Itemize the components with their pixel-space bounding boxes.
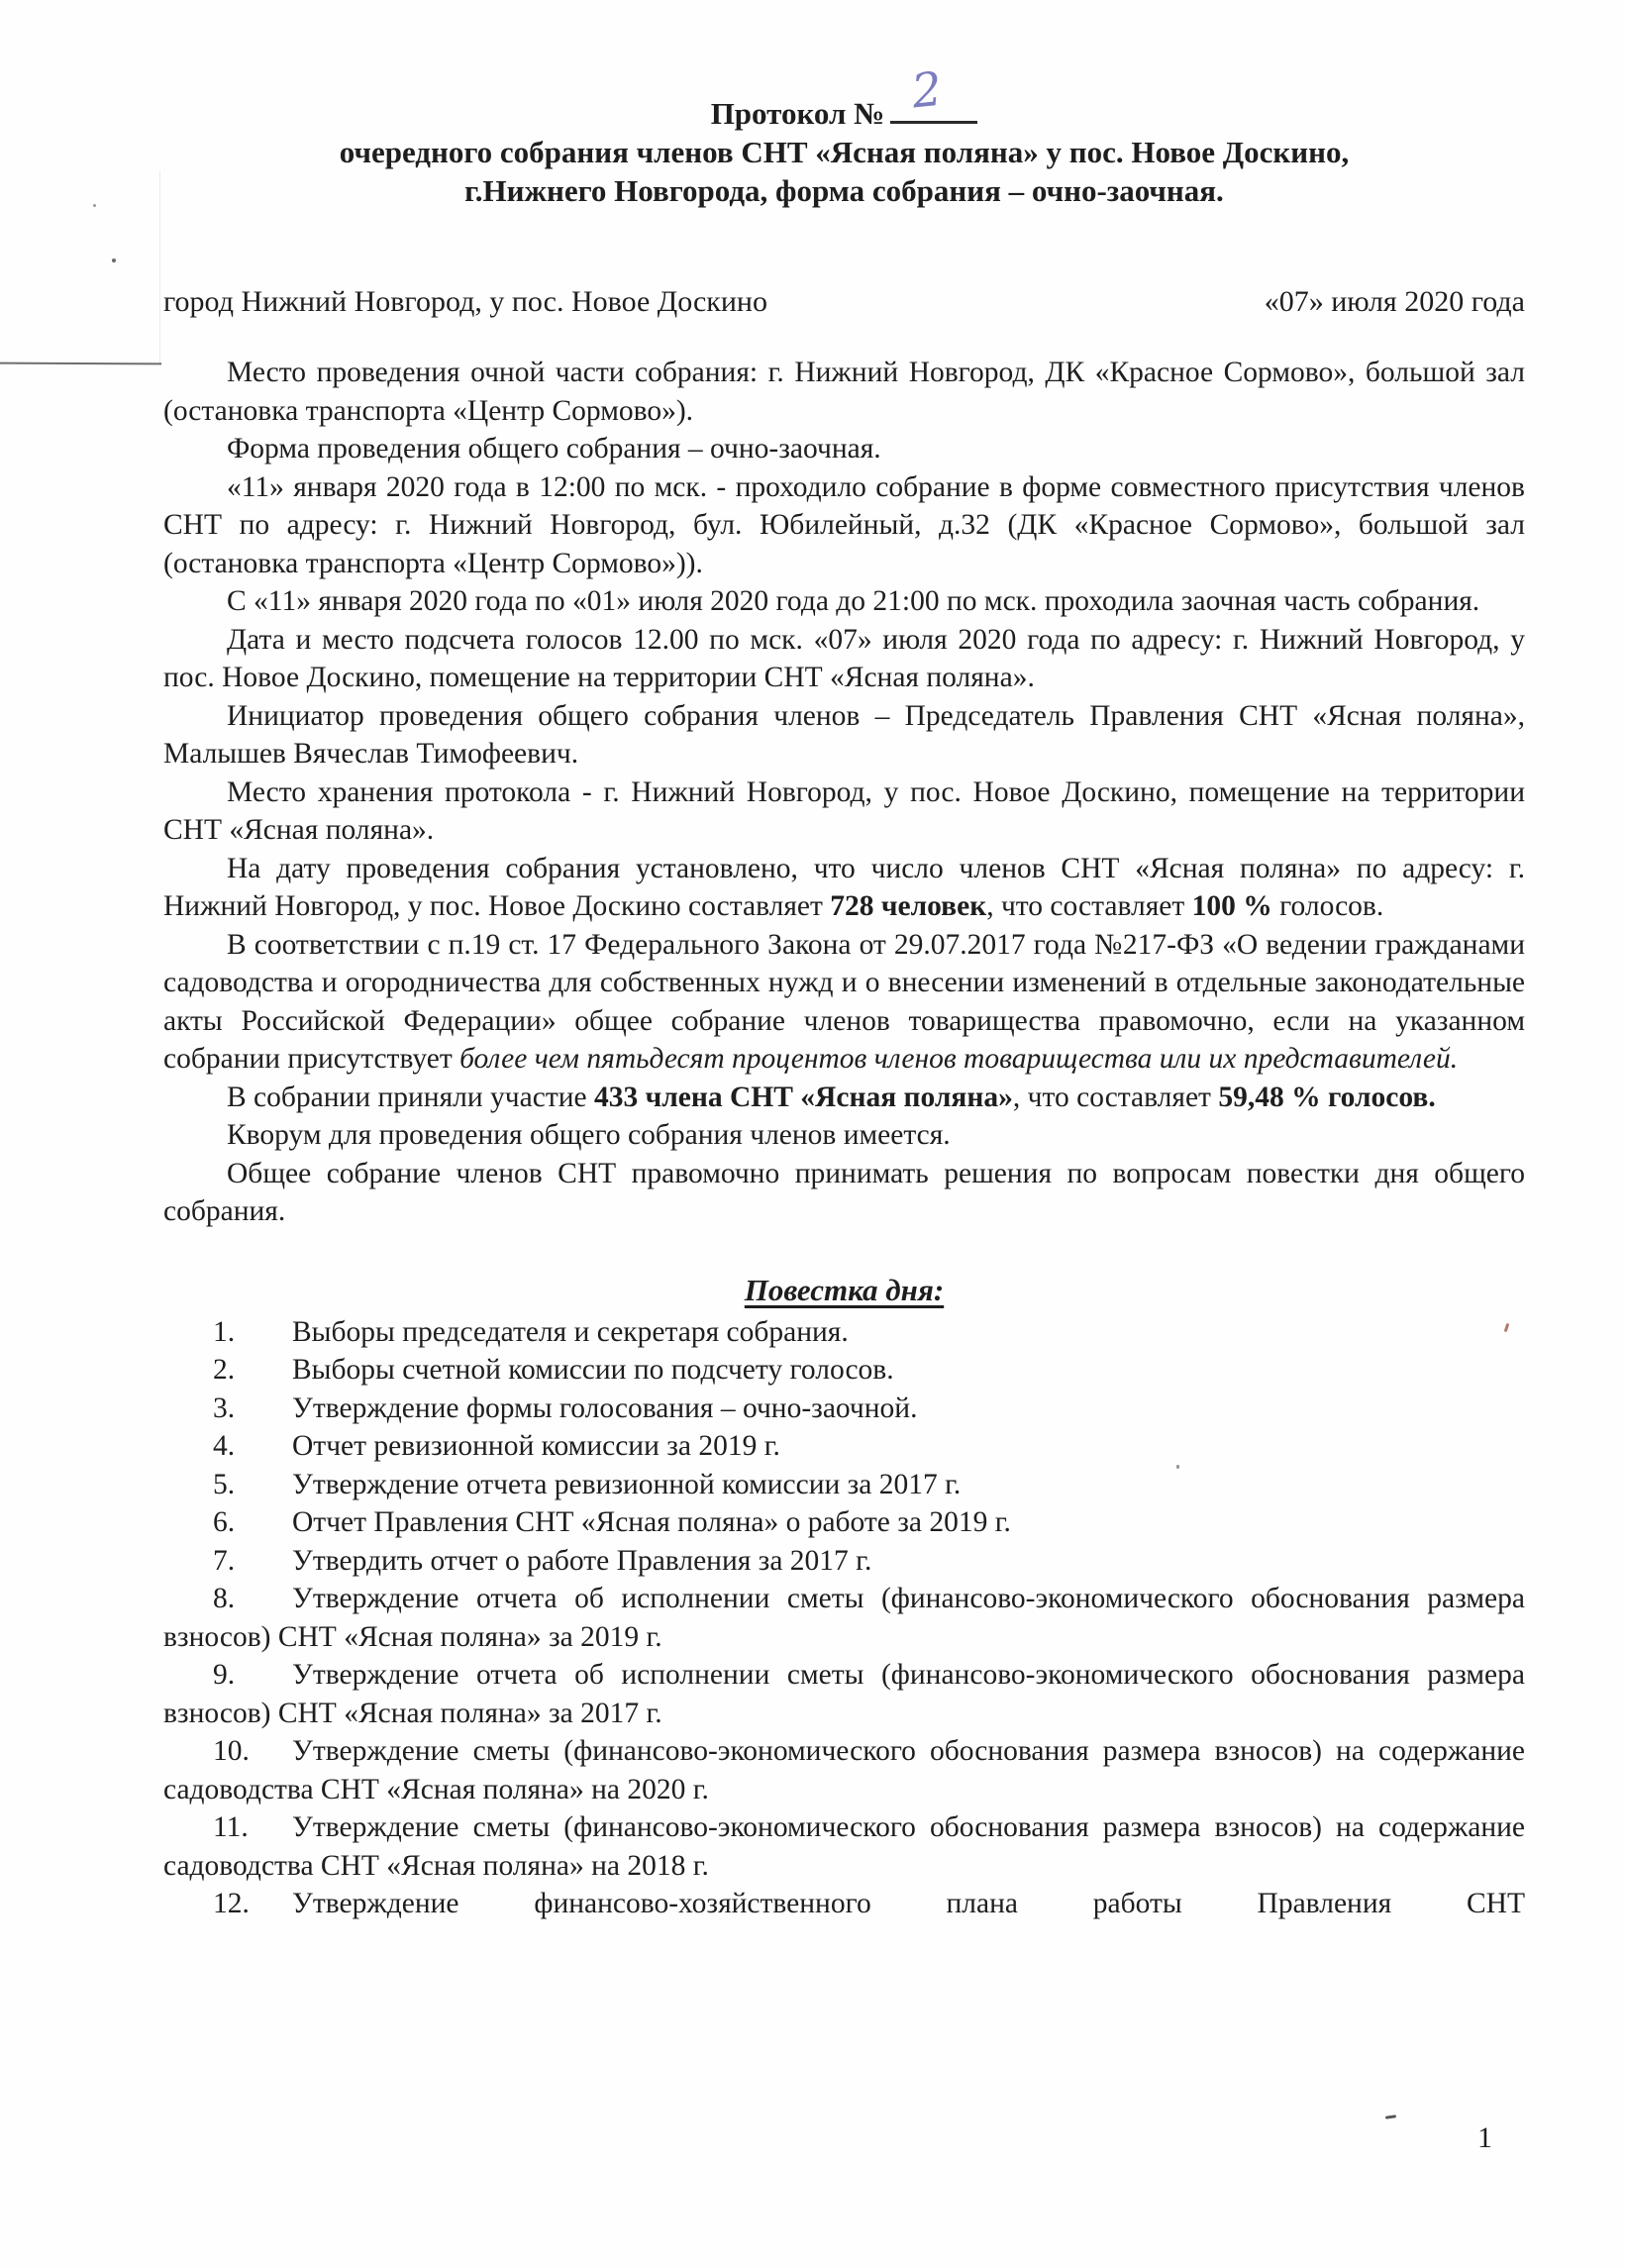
paragraph: Место проведения очной части собрания: г… <box>163 354 1525 430</box>
agenda-item-number: 12. <box>213 1885 292 1923</box>
page-number: 1 <box>1477 2121 1492 2155</box>
paragraph-text-run: голосов. <box>1272 890 1383 922</box>
dateline-date: «07» июля 2020 года <box>1265 283 1525 321</box>
paragraph: Инициатор проведения общего собрания чле… <box>163 697 1525 773</box>
agenda-item-number: 4. <box>213 1427 292 1466</box>
paragraph-text-run: Место хранения протокола - г. Нижний Нов… <box>163 776 1525 847</box>
paragraph: Форма проведения общего собрания – очно-… <box>163 430 1525 468</box>
agenda-heading: Повестка дня: <box>163 1271 1525 1309</box>
paragraph-text-run: Форма проведения общего собрания – очно-… <box>227 433 881 464</box>
paragraph-text-run: 59,48 % голосов. <box>1218 1082 1435 1113</box>
agenda-item-text: Утверждение отчета об исполнении сметы (… <box>163 1659 1525 1729</box>
title-line-2: очередного собрания членов СНТ «Ясная по… <box>163 133 1525 171</box>
agenda-item-number: 7. <box>213 1542 292 1581</box>
paragraph-text-run: более чем пятьдесят процентов членов тов… <box>459 1043 1458 1075</box>
agenda-item-number: 10. <box>213 1732 292 1771</box>
agenda-item-text: Утверждение сметы (финансово-экономическ… <box>163 1811 1525 1882</box>
paragraph-text-run: Кворум для проведения общего собрания чл… <box>227 1119 951 1151</box>
agenda-item: 9.Утверждение отчета об исполнении сметы… <box>163 1656 1525 1732</box>
paragraphs: Место проведения очной части собрания: г… <box>163 354 1525 1231</box>
paragraph-text-run: Место проведения очной части собрания: г… <box>163 357 1525 427</box>
agenda-item-text: Выборы счетной комиссии по подсчету голо… <box>292 1354 894 1386</box>
agenda-item-text: Утверждение сметы (финансово-экономическ… <box>163 1735 1525 1805</box>
agenda-item-number: 1. <box>213 1313 292 1352</box>
paragraph: Место хранения протокола - г. Нижний Нов… <box>163 773 1525 850</box>
paragraph-text-run: 100 % <box>1192 890 1272 922</box>
agenda-item-number: 6. <box>213 1503 292 1542</box>
agenda-item-text: Утверждение отчета об исполнении сметы (… <box>163 1583 1525 1653</box>
document-title: Протокол №2 очередного собрания членов С… <box>163 87 1525 210</box>
paragraph-text-run: С «11» января 2020 года по «01» июля 202… <box>227 585 1479 617</box>
agenda-item: 1.Выборы председателя и секретаря собран… <box>163 1313 1525 1352</box>
paragraph: «11» января 2020 года в 12:00 по мск. - … <box>163 468 1525 583</box>
agenda-item: 7.Утвердить отчет о работе Правления за … <box>163 1542 1525 1581</box>
paragraph: С «11» января 2020 года по «01» июля 202… <box>163 582 1525 621</box>
title-line-1: Протокол №2 <box>163 87 1525 133</box>
scanned-document-page: Протокол №2 очередного собрания членов С… <box>0 0 1625 2268</box>
paragraph-text-run: «11» января 2020 года в 12:00 по мск. - … <box>163 471 1525 579</box>
paragraph: Кворум для проведения общего собрания чл… <box>163 1116 1525 1155</box>
title-line-3: г.Нижнего Новгорода, форма собрания – оч… <box>163 171 1525 210</box>
handwritten-protocol-number: 2 <box>910 70 944 112</box>
agenda-heading-text: Повестка дня: <box>745 1273 944 1307</box>
agenda-item-text: Выборы председателя и секретаря собрания… <box>292 1316 849 1348</box>
agenda-item-text: Утвердить отчет о работе Правления за 20… <box>292 1545 871 1577</box>
agenda-item: 4.Отчет ревизионной комиссии за 2019 г. <box>163 1427 1525 1466</box>
agenda-item-number: 11. <box>213 1808 292 1847</box>
paragraph-text-run: 728 человек <box>830 890 986 922</box>
agenda-item-text: Отчет ревизионной комиссии за 2019 г. <box>292 1430 780 1462</box>
agenda-item: 6.Отчет Правления СНТ «Ясная поляна» о р… <box>163 1503 1525 1542</box>
paragraph: В собрании приняли участие 433 члена СНТ… <box>163 1079 1525 1117</box>
paragraph: Общее собрание членов СНТ правомочно при… <box>163 1155 1525 1231</box>
protocol-number-underline: 2 <box>890 87 977 124</box>
paragraph-text-run: Общее собрание членов СНТ правомочно при… <box>163 1158 1525 1228</box>
title-protocol-prefix: Протокол № <box>711 96 885 131</box>
dateline-place: город Нижний Новгород, у пос. Новое Доск… <box>163 283 767 321</box>
agenda-item-number: 8. <box>213 1580 292 1618</box>
agenda-item-text: Отчет Правления СНТ «Ясная поляна» о раб… <box>292 1506 1011 1538</box>
paragraph: Дата и место подсчета голосов 12.00 по м… <box>163 621 1525 697</box>
agenda-item-number: 2. <box>213 1351 292 1390</box>
agenda-item-text: Утверждение формы голосования – очно-зао… <box>292 1392 917 1424</box>
agenda-item-text: Утверждение финансово-хозяйственного пла… <box>292 1888 1525 1919</box>
agenda-item-number: 5. <box>213 1466 292 1504</box>
paragraph-text-run: Дата и место подсчета голосов 12.00 по м… <box>163 624 1525 694</box>
agenda-item: 11.Утверждение сметы (финансово-экономич… <box>163 1808 1525 1885</box>
agenda-item: 2.Выборы счетной комиссии по подсчету го… <box>163 1351 1525 1390</box>
agenda-item-number: 9. <box>213 1656 292 1695</box>
agenda-item-text: Утверждение отчета ревизионной комиссии … <box>292 1469 961 1500</box>
agenda-item: 3.Утверждение формы голосования – очно-з… <box>163 1390 1525 1428</box>
agenda-item: 12.Утверждение финансово-хозяйственного … <box>163 1885 1525 1923</box>
agenda-item: 10.Утверждение сметы (финансово-экономич… <box>163 1732 1525 1808</box>
agenda-item: 8.Утверждение отчета об исполнении сметы… <box>163 1580 1525 1656</box>
paragraph-text-run: В собрании приняли участие <box>227 1082 594 1113</box>
paragraph: На дату проведения собрания установлено,… <box>163 850 1525 926</box>
dateline: город Нижний Новгород, у пос. Новое Доск… <box>163 283 1525 321</box>
agenda-item-number: 3. <box>213 1390 292 1428</box>
agenda-list: 1.Выборы председателя и секретаря собран… <box>163 1313 1525 1923</box>
paragraph-text-run: , что составляет <box>1013 1082 1218 1113</box>
paragraph-text-run: 433 члена СНТ «Ясная поляна» <box>594 1082 1013 1113</box>
paragraph: В соответствии с п.19 ст. 17 Федеральног… <box>163 926 1525 1079</box>
paragraph-text-run: Инициатор проведения общего собрания чле… <box>163 700 1525 771</box>
agenda-item: 5.Утверждение отчета ревизионной комисси… <box>163 1466 1525 1504</box>
paragraph-text-run: , что составляет <box>986 890 1191 922</box>
